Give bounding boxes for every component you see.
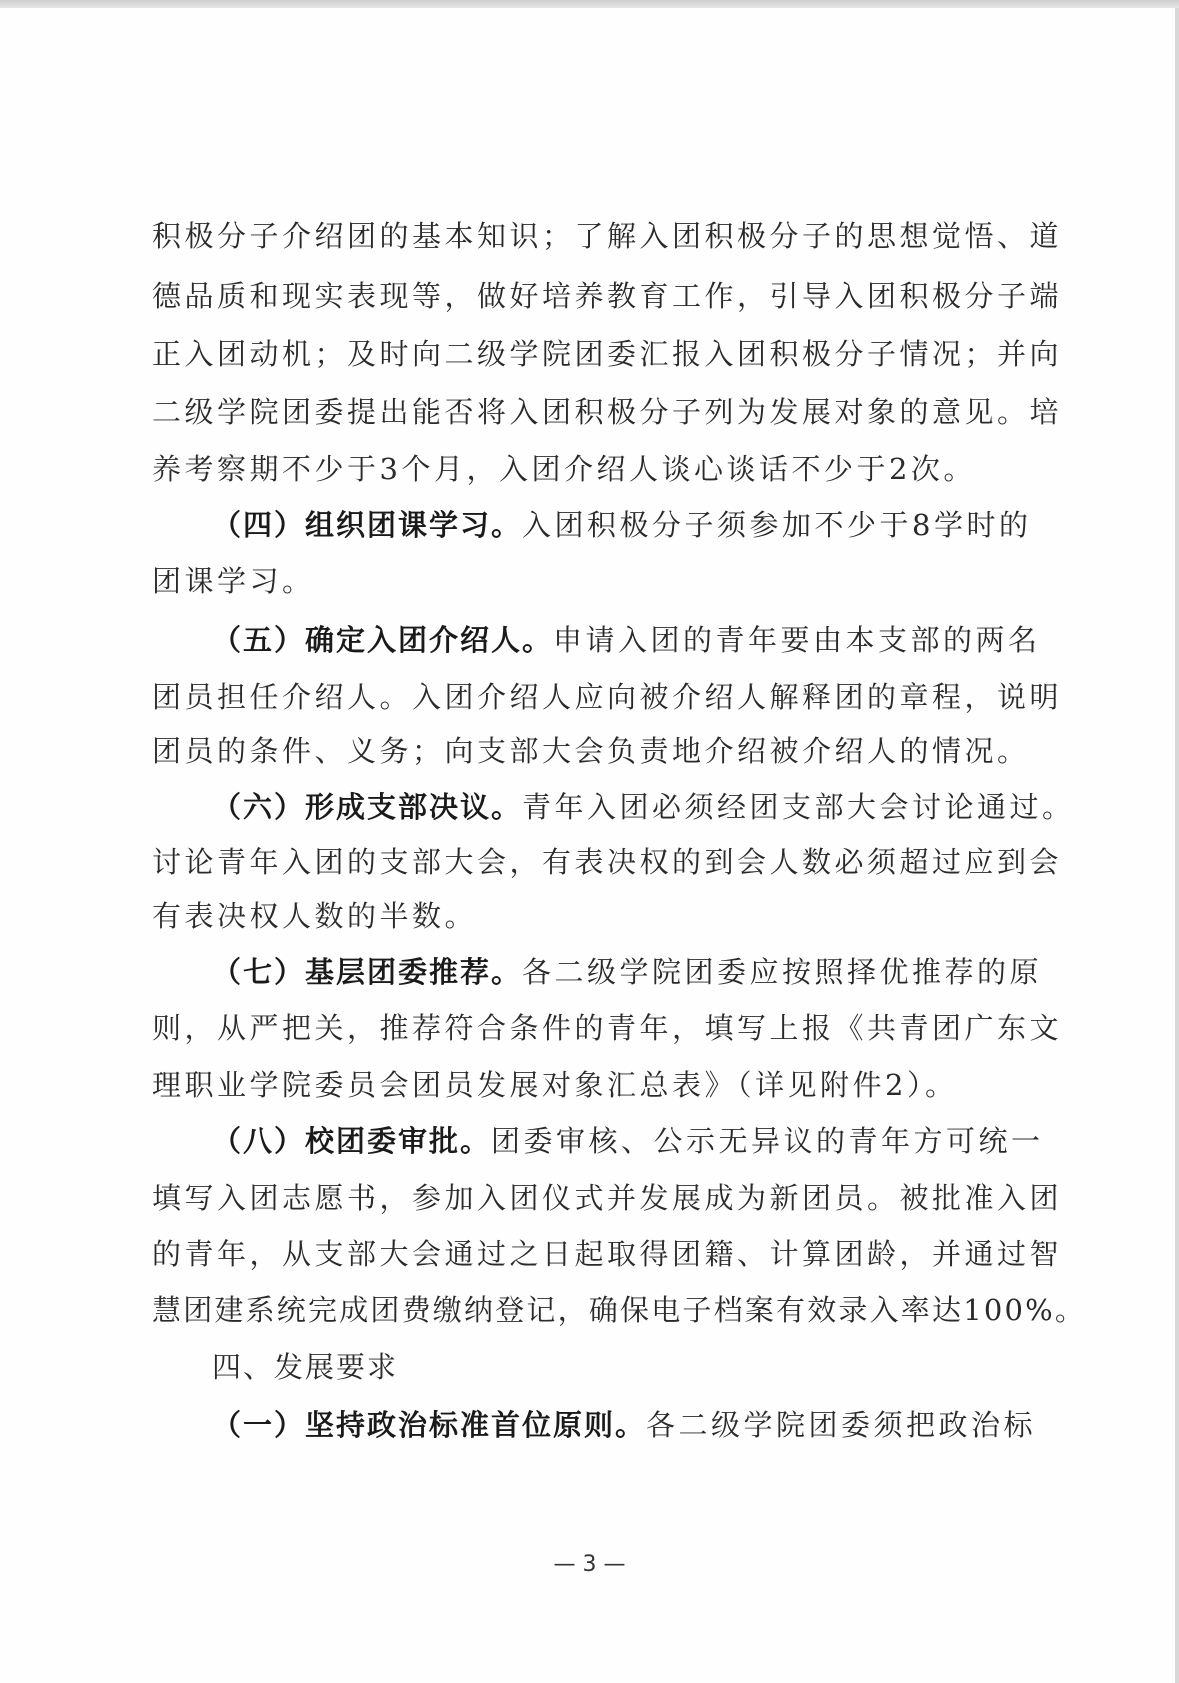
item-4-heading: （四）组织团课学习。入团积极分子须参加不少于8学时的	[212, 505, 1122, 545]
item-8-text: 团委审核、公示无异议的青年方可统一	[491, 1124, 1044, 1158]
body-line: 德品质和现实表现等，做好培养教育工作，引导入团积极分子端	[152, 276, 1062, 316]
item-8-heading: （八）校团委审批。团委审核、公示无异议的青年方可统一	[212, 1121, 1122, 1161]
item-5-title: （五）确定入团介绍人。	[212, 623, 553, 657]
item-6-heading: （六）形成支部决议。青年入团必须经团支部大会讨论通过。	[212, 787, 1122, 827]
body-line: 有表决权人数的半数。	[152, 896, 1062, 936]
body-line: 理职业学院委员会团员发展对象汇总表》（详见附件2）。	[152, 1065, 1062, 1105]
requirement-1-text: 各二级学院团委须把政治标	[646, 1408, 1036, 1442]
body-line: 积极分子介绍团的基本知识；了解入团积极分子的思想觉悟、道	[152, 216, 1062, 256]
body-line: 的青年，从支部大会通过之日起取得团籍、计算团龄，并通过智	[152, 1234, 1062, 1274]
body-line: 则，从严把关，推荐符合条件的青年，填写上报《共青团广东文	[152, 1008, 1062, 1048]
page-right-edge	[1175, 8, 1179, 1683]
item-4-text: 入团积极分子须参加不少于8学时的	[522, 508, 1031, 542]
body-line: 团员担任介绍人。入团介绍人应向被介绍人解释团的章程，说明	[152, 677, 1062, 717]
body-line: 二级学院团委提出能否将入团积极分子列为发展对象的意见。培	[152, 392, 1062, 432]
body-line: 正入团动机；及时向二级学院团委汇报入团积极分子情况；并向	[152, 334, 1062, 374]
section-heading: 四、发展要求	[212, 1347, 1122, 1387]
item-7-title: （七）基层团委推荐。	[212, 955, 522, 989]
body-line: 慧团建系统完成团费缴纳登记，确保电子档案有效录入率达100%。	[152, 1290, 1062, 1330]
item-4-title: （四）组织团课学习。	[212, 508, 522, 542]
item-7-heading: （七）基层团委推荐。各二级学院团委应按照择优推荐的原	[212, 952, 1122, 992]
item-5-text: 申请入团的青年要由本支部的两名	[553, 623, 1041, 657]
window-top-edge	[0, 0, 1179, 8]
item-7-text: 各二级学院团委应按照择优推荐的原	[522, 955, 1042, 989]
requirement-1-title: （一）坚持政治标准首位原则。	[212, 1408, 646, 1442]
item-5-heading: （五）确定入团介绍人。申请入团的青年要由本支部的两名	[212, 620, 1122, 660]
body-line: 养考察期不少于3个月，入团介绍人谈心谈话不少于2次。	[152, 449, 1062, 489]
item-6-text: 青年入团必须经团支部大会讨论通过。	[522, 790, 1075, 824]
body-line: 团课学习。	[152, 561, 1062, 601]
body-line: 填写入团志愿书，参加入团仪式并发展成为新团员。被批准入团	[152, 1178, 1062, 1218]
item-6-title: （六）形成支部决议。	[212, 790, 522, 824]
item-8-title: （八）校团委审批。	[212, 1124, 491, 1158]
body-line: 团员的条件、义务；向支部大会负责地介绍被介绍人的情况。	[152, 731, 1062, 771]
page-number: — 3 —	[0, 1552, 1179, 1577]
body-line: 讨论青年入团的支部大会，有表决权的到会人数必须超过应到会	[152, 842, 1062, 882]
requirement-1-heading: （一）坚持政治标准首位原则。各二级学院团委须把政治标	[212, 1405, 1122, 1445]
